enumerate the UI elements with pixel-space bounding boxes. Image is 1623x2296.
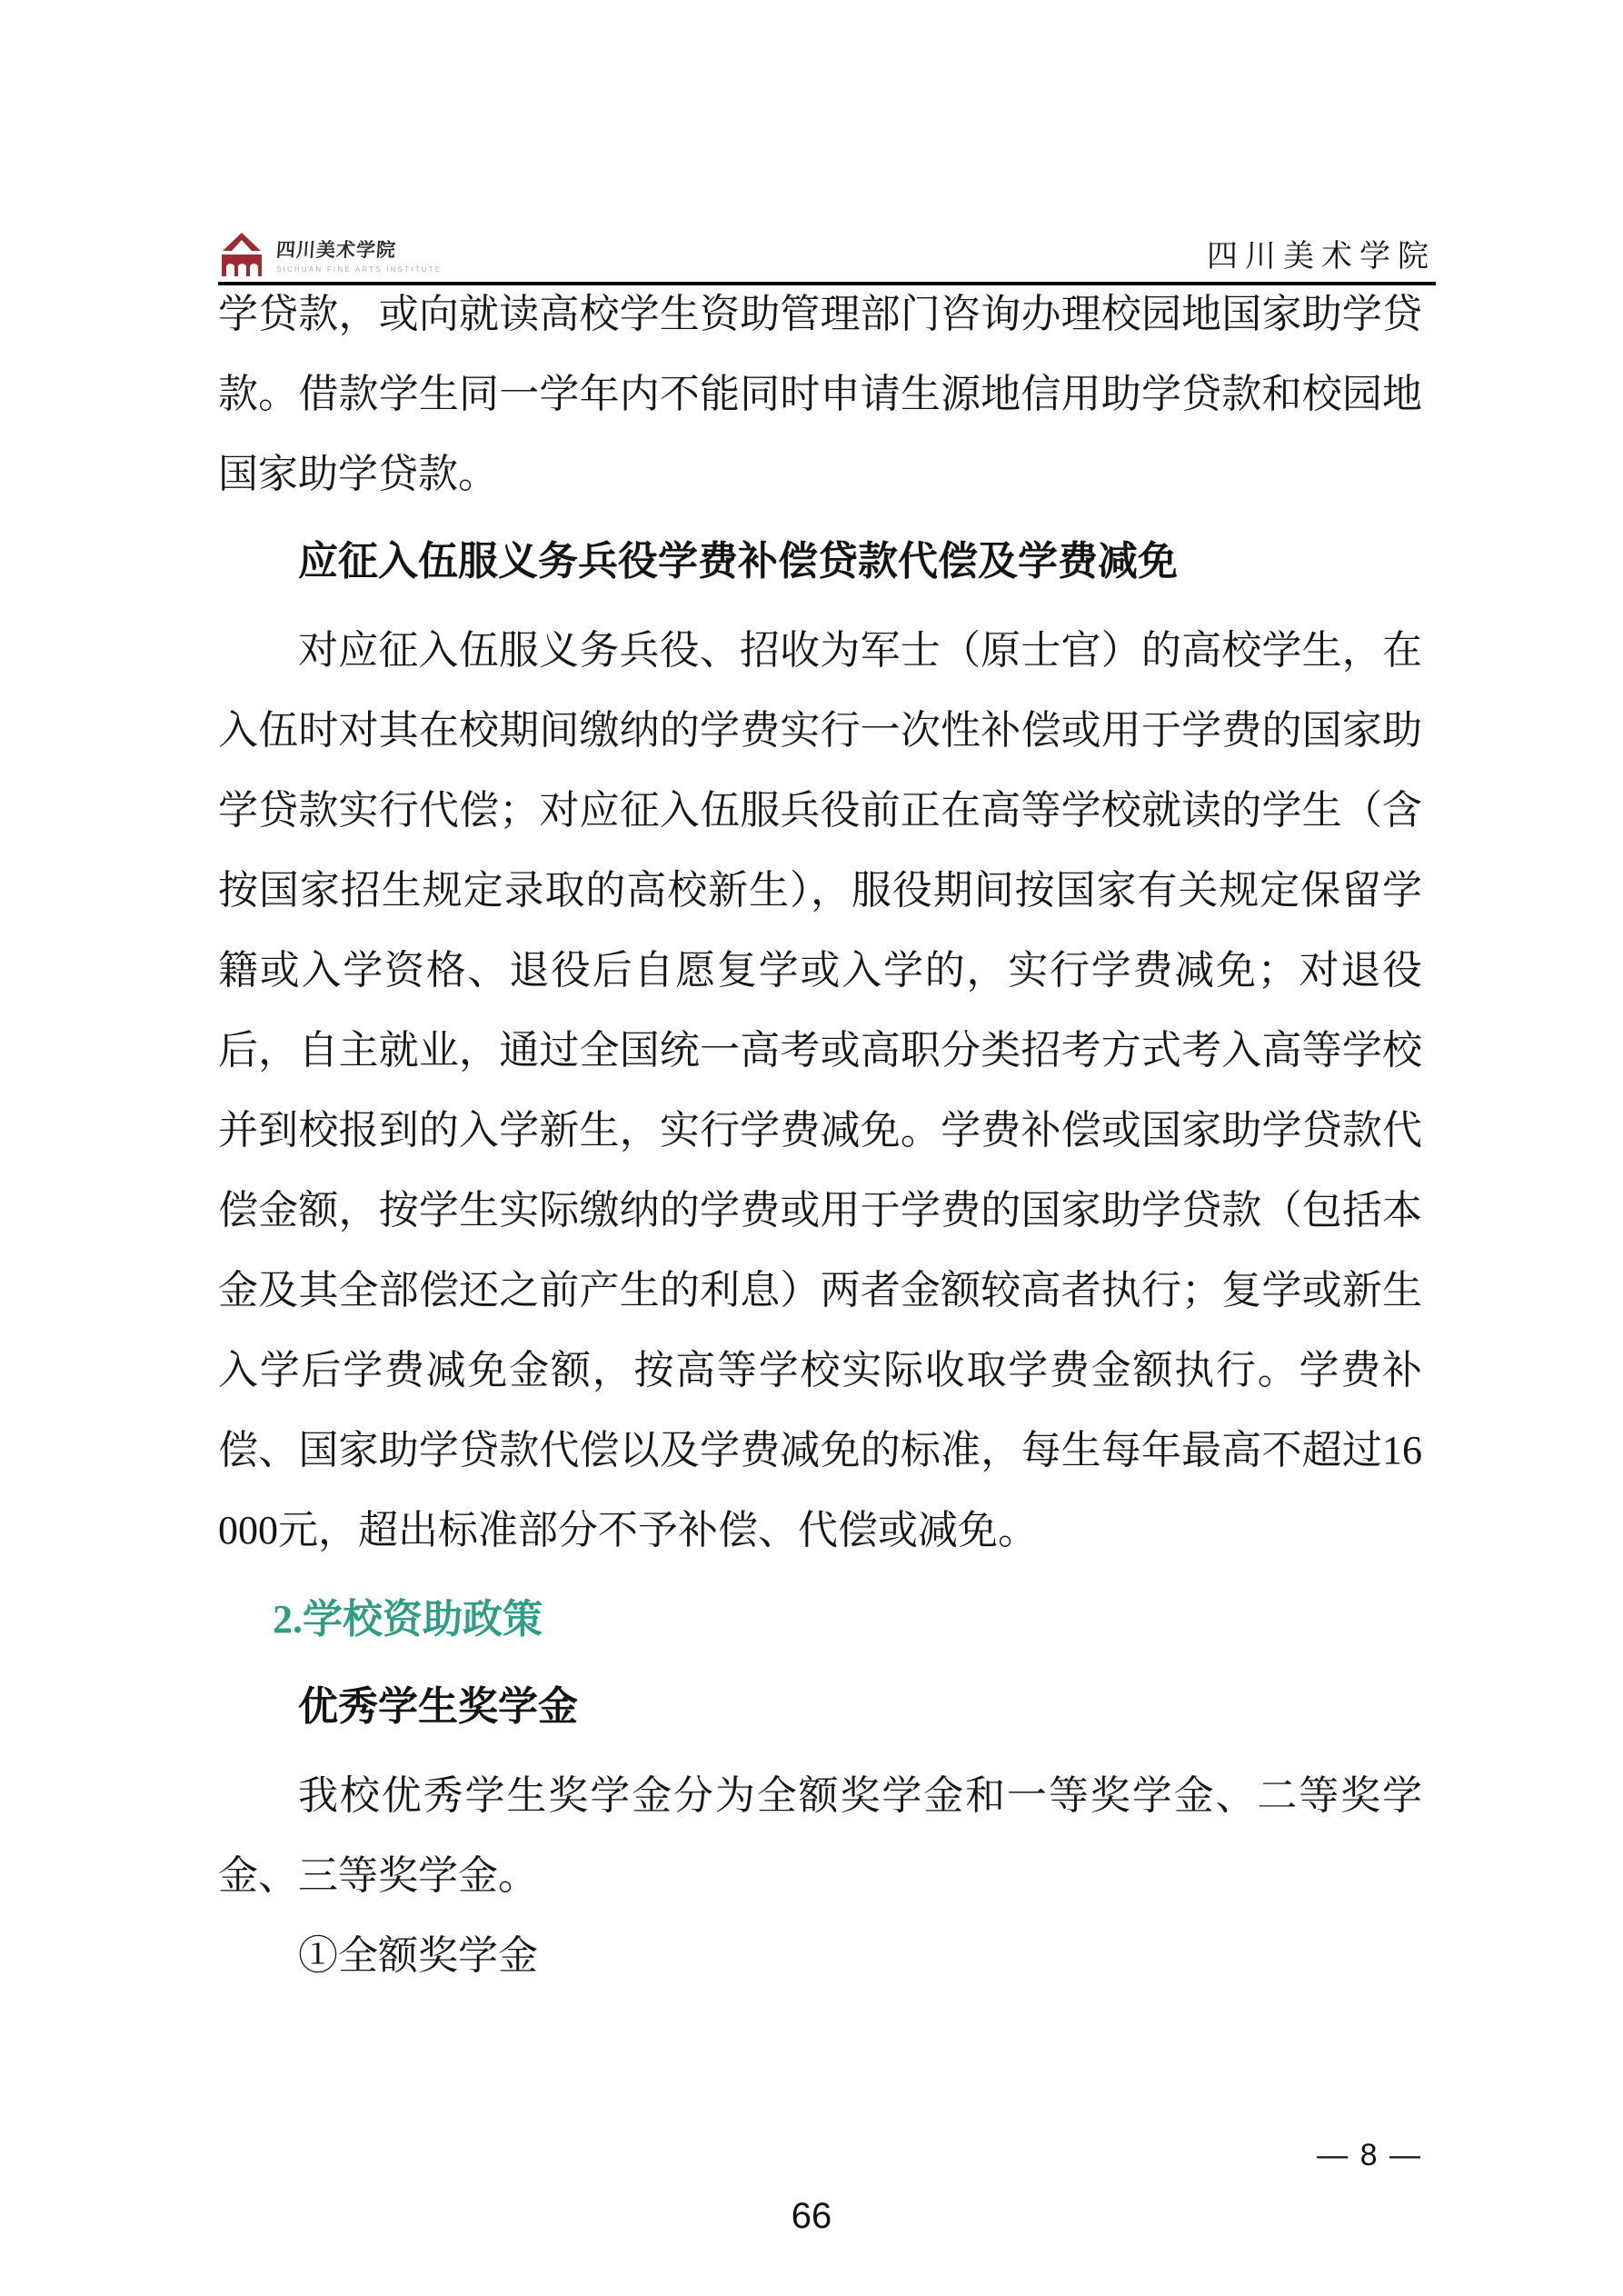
logo-text: 四川美术学院 SICHUAN FINE ARTS INSTITUTE [276,235,442,274]
document-page: { "colors": { "accent_teal": "#2f9c87", … [0,0,1623,2296]
section-page-marker: — 8 — [1317,2138,1422,2173]
logo-subtitle: SICHUAN FINE ARTS INSTITUTE [276,265,442,274]
heading-teal: 2.学校资助政策 [218,1580,1422,1660]
header-school-name: 四川美术学院 [1207,231,1436,279]
school-logo: 四川美术学院 SICHUAN FINE ARTS INSTITUTE [218,232,442,277]
logo-calligraphy: 四川美术学院 [275,235,443,263]
heading: 优秀学生奖学金 [218,1667,1422,1747]
paragraph: 对应征入伍服义务兵役、招收为军士（原士官）的高校学生，在入伍时对其在校期间缴纳的… [218,611,1422,1571]
scfai-gate-icon [218,232,265,277]
page-number: 66 [0,2196,1623,2237]
paragraph: ①全额奖学金 [218,1916,1422,1996]
heading: 应征入伍服义务兵役学费补偿贷款代偿及学费减免 [218,522,1422,602]
paragraph: 学贷款，或向就读高校学生资助管理部门咨询办理校园地国家助学贷款。借款学生同一学年… [218,275,1422,514]
document-body: 学贷款，或向就读高校学生资助管理部门咨询办理校园地国家助学贷款。借款学生同一学年… [218,275,1422,1996]
paragraph: 我校优秀学生奖学金分为全额奖学金和一等奖学金、二等奖学金、三等奖学金。 [218,1756,1422,1916]
